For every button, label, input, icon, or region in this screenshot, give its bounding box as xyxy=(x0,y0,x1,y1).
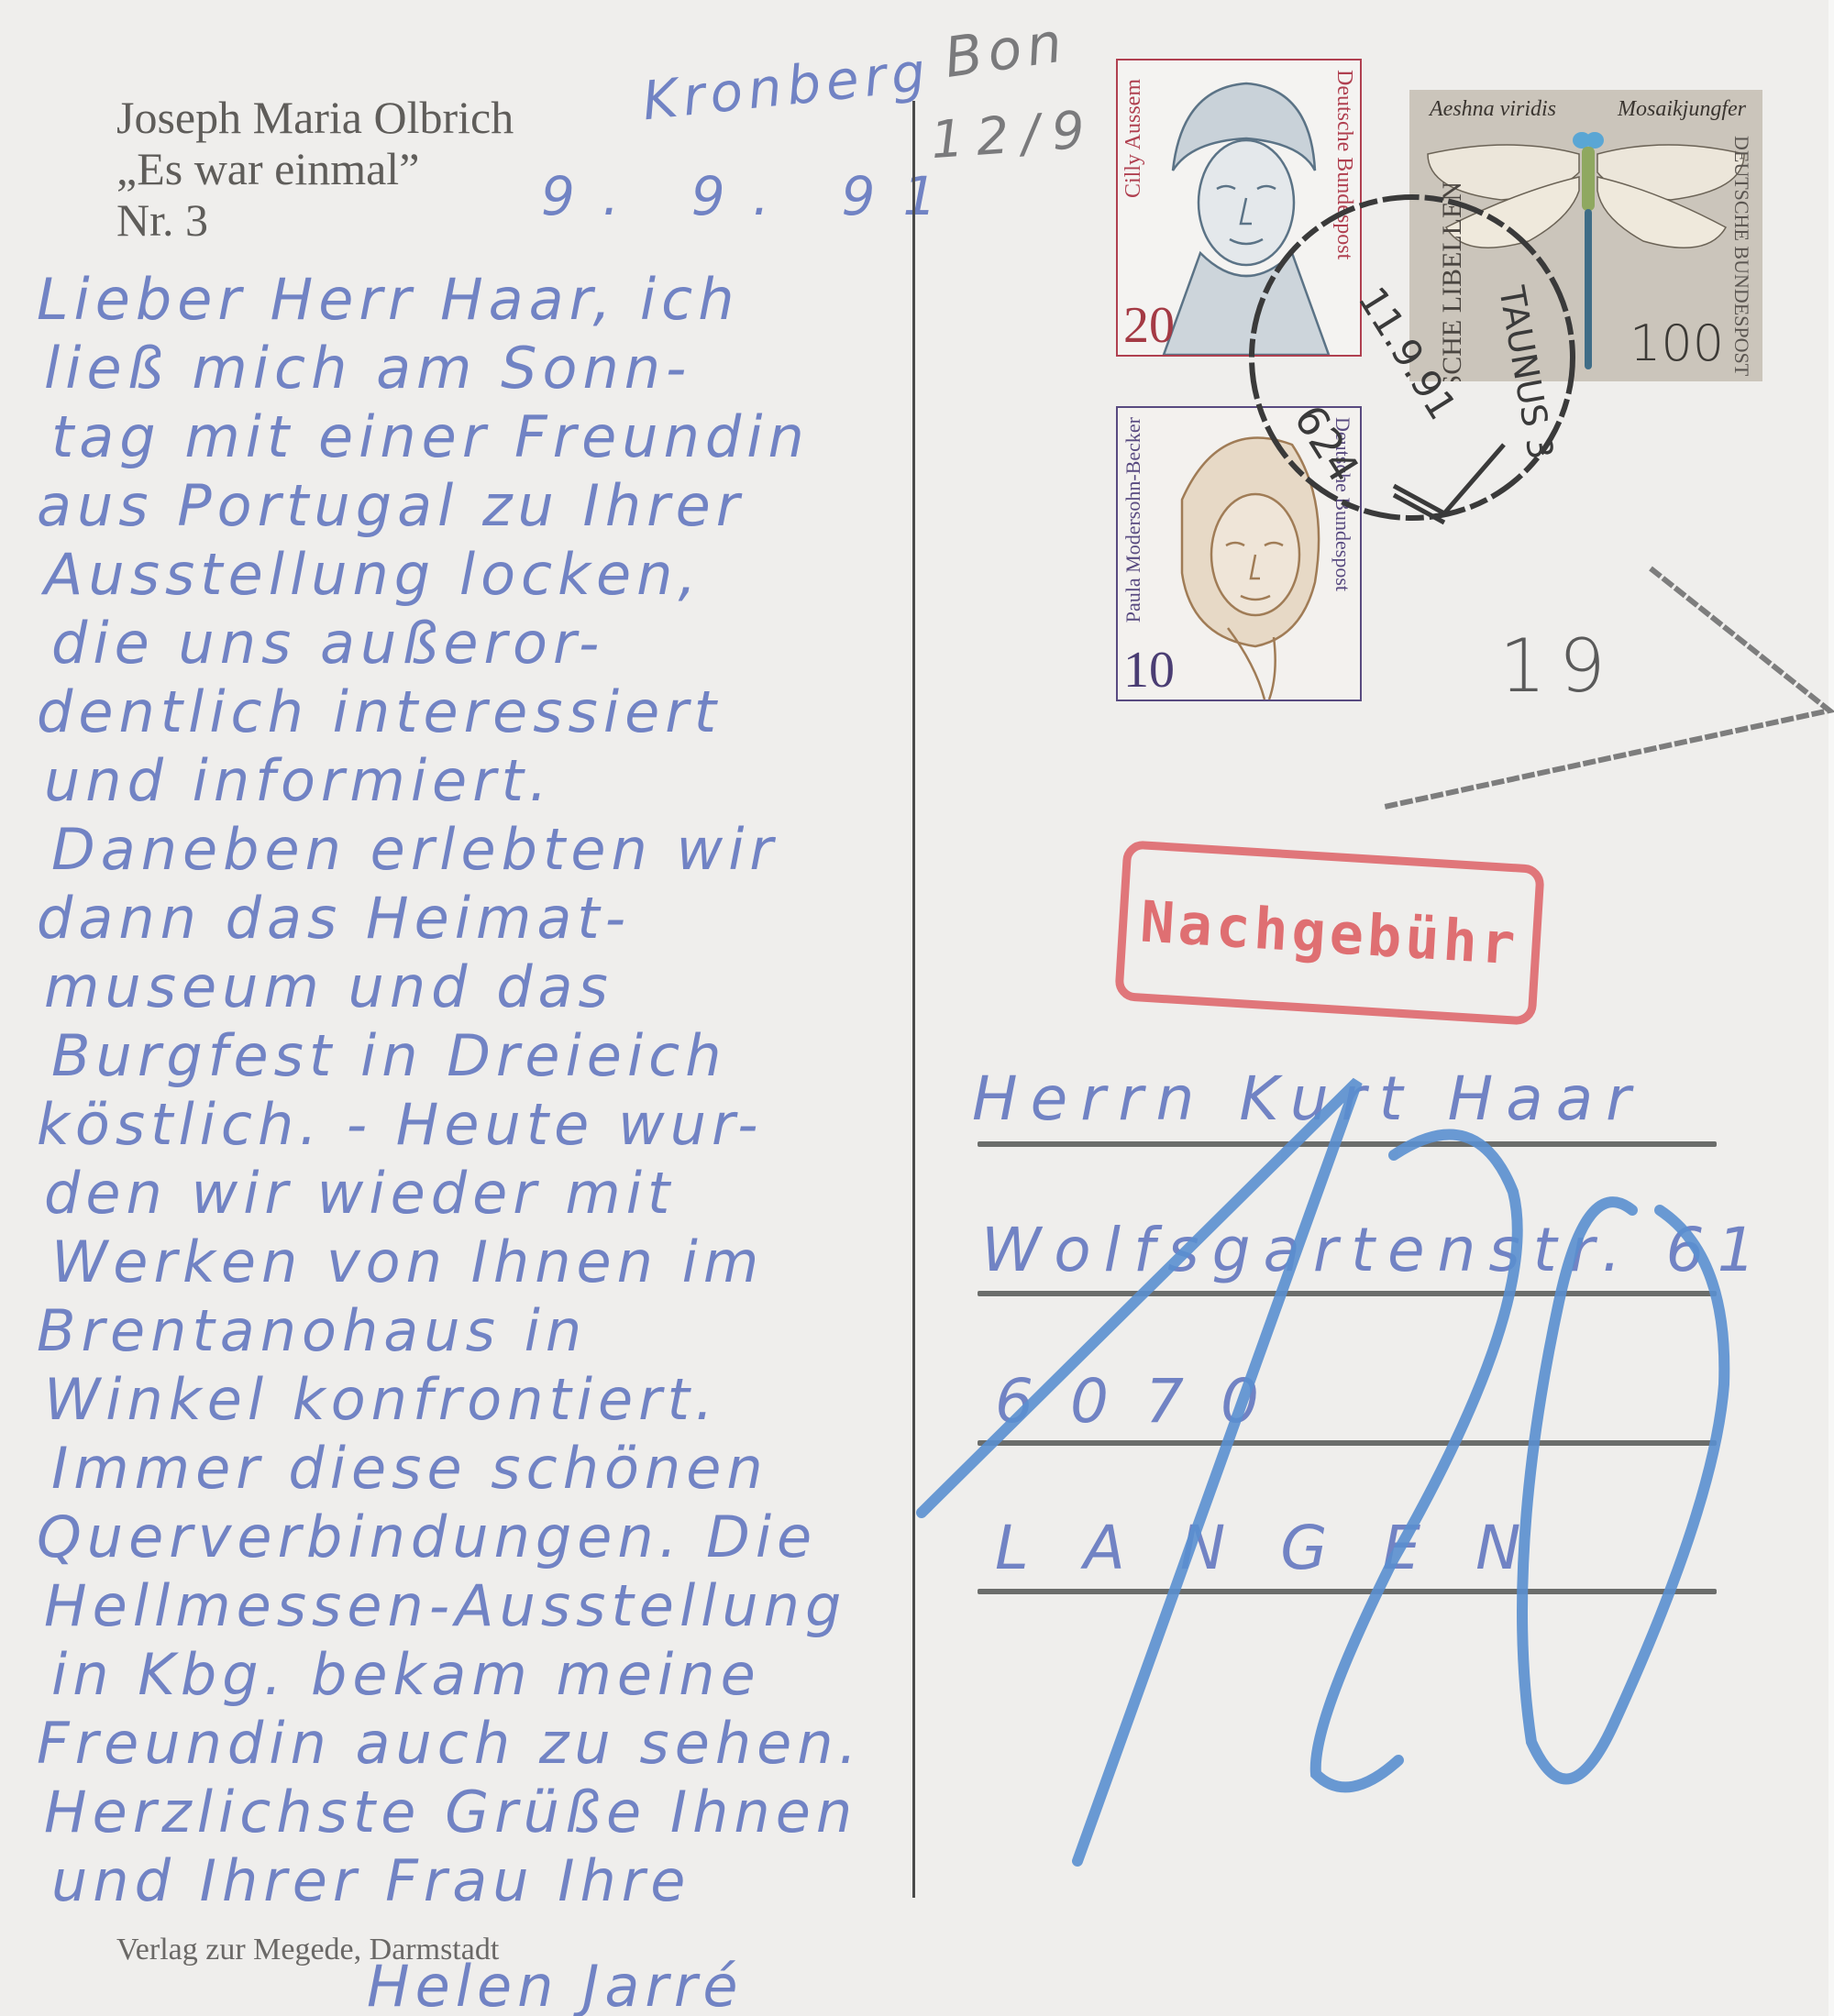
postcard: Joseph Maria Olbrich „Es war einmal” Nr.… xyxy=(0,0,1834,2016)
postage-due-amount-marker xyxy=(0,0,1834,2016)
